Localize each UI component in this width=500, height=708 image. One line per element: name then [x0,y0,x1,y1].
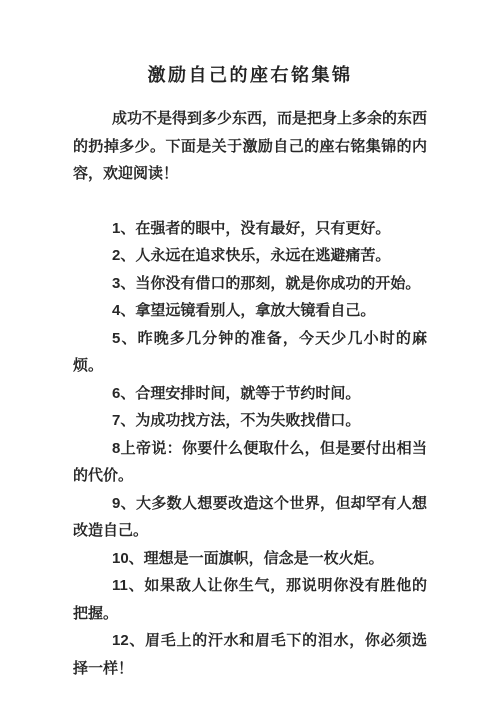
motto-item: 2、人永远在追求快乐，永远在逃避痛苦。 [73,242,427,270]
motto-item: 6、合理安排时间，就等于节约时间。 [73,380,427,408]
motto-item: 10、理想是一面旗帜，信念是一枚火炬。 [73,545,427,573]
motto-item: 5、昨晚多几分钟的准备，今天少几小时的麻烦。 [73,325,427,380]
motto-item: 1、在强者的眼中，没有最好，只有更好。 [73,215,427,243]
page-title: 激励自己的座右铭集锦 [73,60,427,90]
motto-item: 9、大多数人想要改造这个世界，但却罕有人想改造自己。 [73,490,427,545]
intro-paragraph: 成功不是得到多少东西，而是把身上多余的东西的扔掉多少。下面是关于激励自己的座右铭… [73,105,427,188]
motto-item: 11、如果敌人让你生气，那说明你没有胜他的把握。 [73,572,427,627]
motto-item: 4、拿望远镜看别人，拿放大镜看自己。 [73,297,427,325]
motto-item: 12、眉毛上的汗水和眉毛下的泪水，你必须选择一样！ [73,627,427,682]
motto-item: 3、当你没有借口的那刻，就是你成功的开始。 [73,270,427,298]
document-page: 激励自己的座右铭集锦 成功不是得到多少东西，而是把身上多余的东西的扔掉多少。下面… [0,0,500,708]
motto-list: 1、在强者的眼中，没有最好，只有更好。 2、人永远在追求快乐，永远在逃避痛苦。 … [73,215,427,683]
motto-item: 8上帝说：你要什么便取什么，但是要付出相当的代价。 [73,435,427,490]
motto-item: 7、为成功找方法，不为失败找借口。 [73,407,427,435]
